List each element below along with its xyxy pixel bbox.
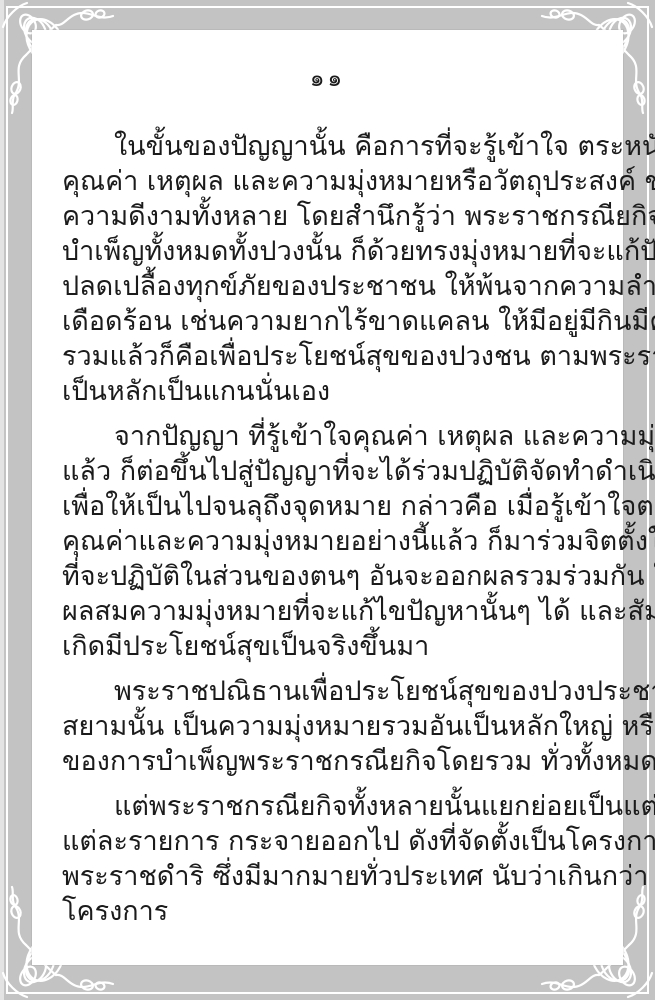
paragraph: แต่พระราชกรณียกิจทั้งหลายนั้นแยกย่อยเป็น… bbox=[62, 789, 601, 929]
text-line: จากปัญญา ที่รู้เข้าใจคุณค่า เหตุผล และคว… bbox=[62, 419, 601, 454]
page-number: ๑๑ bbox=[32, 66, 623, 92]
text-line: สยามนั้น เป็นความมุ่งหมายรวมอันเป็นหลักใ… bbox=[62, 709, 601, 744]
paragraph: จากปัญญา ที่รู้เข้าใจคุณค่า เหตุผล และคว… bbox=[62, 419, 601, 664]
text-line: ผลสมความมุ่งหมายที่จะแก้ไขปัญหานั้นๆ ได้… bbox=[62, 594, 601, 629]
body-text: ในขั้นของปัญญานั้น คือการที่จะรู้เข้าใจ … bbox=[32, 129, 623, 929]
text-line: ในขั้นของปัญญานั้น คือการที่จะรู้เข้าใจ … bbox=[62, 129, 601, 164]
text-line: แต่พระราชกรณียกิจทั้งหลายนั้นแยกย่อยเป็น… bbox=[62, 789, 601, 824]
paragraph: พระราชปณิธานเพื่อประโยชน์สุขของปวงประชาช… bbox=[62, 674, 601, 779]
text-line: ความดีงามทั้งหลาย โดยสำนึกรู้ว่า พระราชก… bbox=[62, 199, 601, 234]
text-line: พระราชปณิธานเพื่อประโยชน์สุขของปวงประชาช… bbox=[62, 674, 601, 709]
scan-edge-highlight bbox=[0, 0, 4, 1000]
text-line: รวมแล้วก็คือเพื่อประโยชน์สุขของปวงชน ตาม… bbox=[62, 339, 601, 374]
book-page: ๑๑ ในขั้นของปัญญานั้น คือการที่จะรู้เข้า… bbox=[32, 30, 623, 965]
paragraph: ในขั้นของปัญญานั้น คือการที่จะรู้เข้าใจ … bbox=[62, 129, 601, 409]
text-line: พระราชดำริ ซึ่งมีมากมายทั่วประเทศ นับว่า… bbox=[62, 859, 601, 894]
text-line: ที่จะปฏิบัติในส่วนของตนๆ อันจะออกผลรวมร่… bbox=[62, 559, 601, 594]
text-line: ปลดเปลื้องทุกข์ภัยของประชาชน ให้พ้นจากคว… bbox=[62, 269, 601, 304]
text-line: คุณค่าและความมุ่งหมายอย่างนี้แล้ว ก็มาร่… bbox=[62, 524, 601, 559]
text-line: ของการบำเพ็ญพระราชกรณียกิจโดยรวม ทั่วทั้… bbox=[62, 744, 601, 779]
text-line: แล้ว ก็ต่อขึ้นไปสู่ปัญญาที่จะได้ร่วมปฏิบ… bbox=[62, 454, 601, 489]
text-line: บำเพ็ญทั้งหมดทั้งปวงนั้น ก็ด้วยทรงมุ่งหม… bbox=[62, 234, 601, 269]
text-line: เพื่อให้เป็นไปจนลุถึงจุดหมาย กล่าวคือ เม… bbox=[62, 489, 601, 524]
text-line: เดือดร้อน เช่นความยากไร้ขาดแคลน ให้มีอยู… bbox=[62, 304, 601, 339]
text-line: เกิดมีประโยชน์สุขเป็นจริงขึ้นมา bbox=[62, 629, 601, 664]
text-line: เป็นหลักเป็นแกนนั่นเอง bbox=[62, 374, 601, 409]
text-line: แต่ละรายการ กระจายออกไป ดังที่จัดตั้งเป็… bbox=[62, 824, 601, 859]
text-line: โครงการ bbox=[62, 894, 601, 929]
text-line: คุณค่า เหตุผล และความมุ่งหมายหรือวัตถุปร… bbox=[62, 164, 601, 199]
